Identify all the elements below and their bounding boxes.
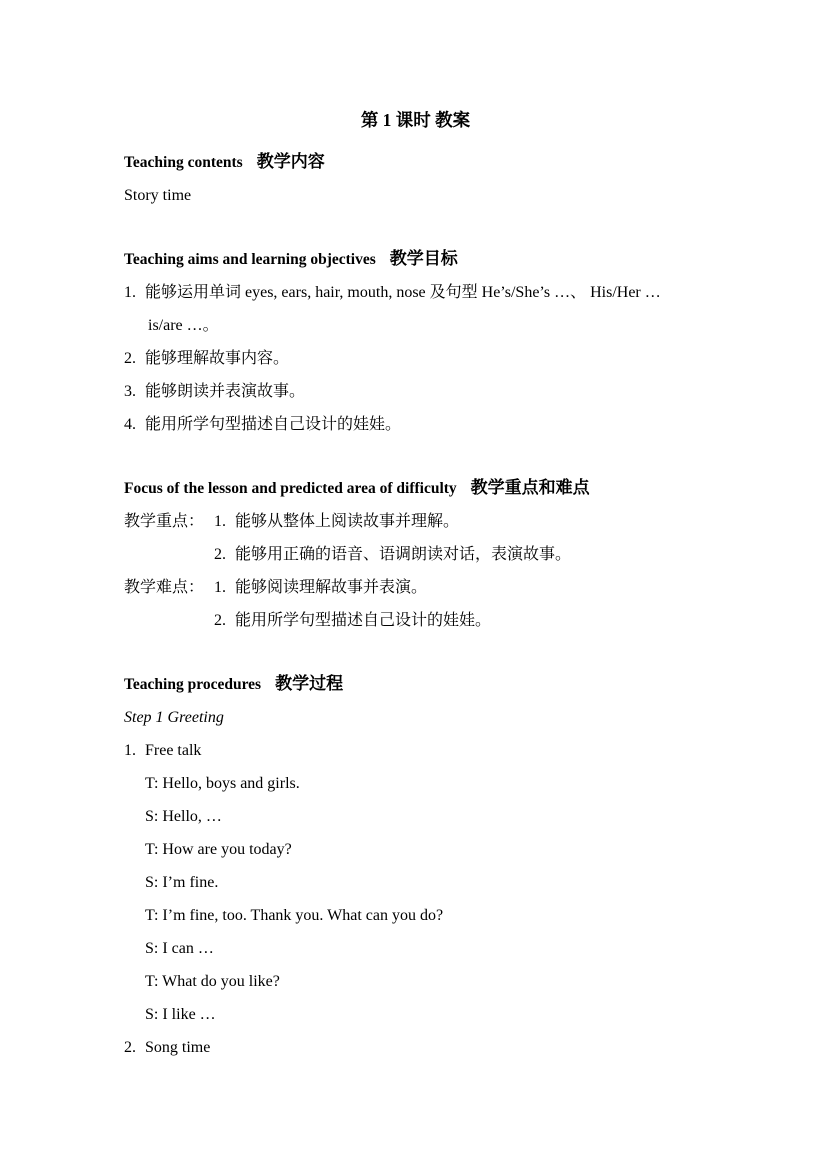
free-talk-number: 1. [124,734,145,767]
aim-item-3-number: 3. [124,375,145,408]
dialogue-line-8: S: I like … [145,998,707,1031]
procedures-heading-zh: 教学过程 [275,674,343,693]
teaching-aims-heading-en: Teaching aims and learning objectives [124,251,376,268]
focus-heading-zh: 教学重点和难点 [471,478,590,497]
difficult-points-row: 教学难点： 1. 能够阅读理解故事并表演。 2. 能用所学句型描述自己设计的娃娃… [124,571,707,637]
page-title: 第 1 课时 教案 [124,104,707,137]
aim-item-1-line1: 能够运用单词 eyes, ears, hair, mouth, nose 及句型… [145,276,707,309]
section-heading-teaching-contents: Teaching contents教学内容 [124,145,707,179]
key-points-items: 1. 能够从整体上阅读故事并理解。 2. 能够用正确的语音、语调朗读对话，表演故… [214,505,707,571]
section-heading-focus: Focus of the lesson and predicted area o… [124,471,707,505]
step-1-heading: Step 1 Greeting [124,701,707,734]
teaching-aims-heading-zh: 教学目标 [390,249,458,268]
aim-item-4: 4. 能用所学句型描述自己设计的娃娃。 [124,408,707,441]
section-heading-teaching-aims: Teaching aims and learning objectives教学目… [124,242,707,276]
aim-item-2-number: 2. [124,342,145,375]
dialogue-line-4: S: I’m fine. [145,866,707,899]
teaching-contents-heading-zh: 教学内容 [257,152,325,171]
free-talk-item: 1. Free talk [124,734,707,767]
procedures-heading-en: Teaching procedures [124,676,261,693]
key-point-1-text: 能够从整体上阅读故事并理解。 [235,505,707,538]
difficult-point-1-number: 1. [214,571,235,604]
teaching-contents-body: Story time [124,179,707,212]
difficult-points-items: 1. 能够阅读理解故事并表演。 2. 能用所学句型描述自己设计的娃娃。 [214,571,707,637]
dialogue-line-7: T: What do you like? [145,965,707,998]
aim-item-4-number: 4. [124,408,145,441]
key-point-2-text: 能够用正确的语音、语调朗读对话，表演故事。 [235,538,707,571]
aim-item-1-text: 能够运用单词 eyes, ears, hair, mouth, nose 及句型… [145,276,707,342]
difficult-points-label: 教学难点： [124,571,214,604]
aim-item-2-text: 能够理解故事内容。 [145,342,707,375]
dialogue-line-5: T: I’m fine, too. Thank you. What can yo… [145,899,707,932]
key-point-1-number: 1. [214,505,235,538]
dialogue-line-6: S: I can … [145,932,707,965]
aim-item-1-line2: is/are …。 [145,309,707,342]
key-points-label: 教学重点： [124,505,214,538]
free-talk-label: Free talk [145,734,707,767]
difficult-point-1-text: 能够阅读理解故事并表演。 [235,571,707,604]
aim-item-3-text: 能够朗读并表演故事。 [145,375,707,408]
key-point-2-number: 2. [214,538,235,571]
aim-item-2: 2. 能够理解故事内容。 [124,342,707,375]
aim-item-3: 3. 能够朗读并表演故事。 [124,375,707,408]
difficult-point-2: 2. 能用所学句型描述自己设计的娃娃。 [214,604,707,637]
teaching-contents-heading-en: Teaching contents [124,154,243,171]
song-time-item: 2. Song time [124,1031,707,1064]
section-heading-procedures: Teaching procedures教学过程 [124,667,707,701]
focus-heading-en: Focus of the lesson and predicted area o… [124,480,457,497]
song-time-label: Song time [145,1031,707,1064]
dialogue-line-3: T: How are you today? [145,833,707,866]
lesson-plan-page: 第 1 课时 教案 Teaching contents教学内容 Story ti… [0,0,827,1170]
free-talk-dialogue: T: Hello, boys and girls. S: Hello, … T:… [124,767,707,1031]
key-point-2: 2. 能够用正确的语音、语调朗读对话，表演故事。 [214,538,707,571]
key-point-1: 1. 能够从整体上阅读故事并理解。 [214,505,707,538]
difficult-point-2-text: 能用所学句型描述自己设计的娃娃。 [235,604,707,637]
aim-item-1-number: 1. [124,276,145,309]
difficult-point-2-number: 2. [214,604,235,637]
aim-item-4-text: 能用所学句型描述自己设计的娃娃。 [145,408,707,441]
key-points-row: 教学重点： 1. 能够从整体上阅读故事并理解。 2. 能够用正确的语音、语调朗读… [124,505,707,571]
aim-item-1: 1. 能够运用单词 eyes, ears, hair, mouth, nose … [124,276,707,342]
difficult-point-1: 1. 能够阅读理解故事并表演。 [214,571,707,604]
dialogue-line-2: S: Hello, … [145,800,707,833]
dialogue-line-1: T: Hello, boys and girls. [145,767,707,800]
song-time-number: 2. [124,1031,145,1064]
